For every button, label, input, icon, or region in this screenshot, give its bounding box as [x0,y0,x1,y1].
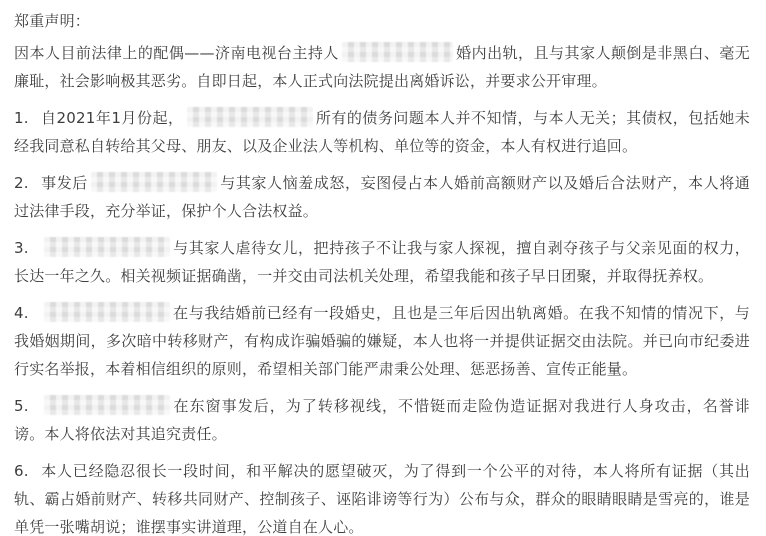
item-number: 6. [14,457,29,485]
document-title: 郑重声明： [14,7,750,35]
statement-item-6: 6.本人已经隐忍很长一段时间，和平解决的愿望破灭，为了得到一个公平的对待，本人将… [14,457,750,536]
item-number: 4. [14,299,29,327]
statement-document: 郑重声明： 因本人目前法律上的配偶——济南电视台主持人婚内出轨，且与其家人颠倒是… [0,0,766,536]
statement-item-2: 2.事发后与其家人恼羞成怒，妄图侵占本人婚前高额财产以及婚后合法财产，本人将通过… [14,169,750,225]
statement-item-5: 5.在东窗事发后，为了转移视线，不惜铤而走险伪造证据对我进行人身攻击，名誉诽谤。… [14,392,750,448]
item-number: 3. [14,234,29,262]
item-text-pre: 本人已经隐忍很长一段时间，和平解决的愿望破灭，为了得到一个公平的对待，本人将所有… [14,462,750,536]
redacted-name-block [342,42,453,62]
statement-item-4: 4.在与我结婚前已经有一段婚史，且也是三年后因出轨离婚。在我不知情的情况下，与我… [14,299,750,383]
item-number: 2. [14,169,29,197]
statement-item-3: 3.与其家人虐待女儿，把持孩子不让我与家人探视，擅自剥夺孩子与父亲见面的权力，长… [14,234,750,290]
intro-text-pre: 因本人目前法律上的配偶——济南电视台主持人 [14,44,339,62]
redacted-name-block [44,302,170,322]
intro-paragraph: 因本人目前法律上的配偶——济南电视台主持人婚内出轨，且与其家人颠倒是非黑白、毫无… [14,39,750,95]
redacted-name-block [44,395,170,415]
redacted-name-block [44,237,170,257]
item-text-pre: 自2021年1月份起， [41,109,184,127]
item-number: 5. [14,392,29,420]
redacted-name-block [187,107,313,127]
item-text-pre: 事发后 [41,174,88,192]
item-number: 1. [14,104,29,132]
statement-item-1: 1.自2021年1月份起，所有的债务问题本人并不知情，与本人无关；其债权，包括她… [14,104,750,160]
redacted-name-block [91,172,217,192]
